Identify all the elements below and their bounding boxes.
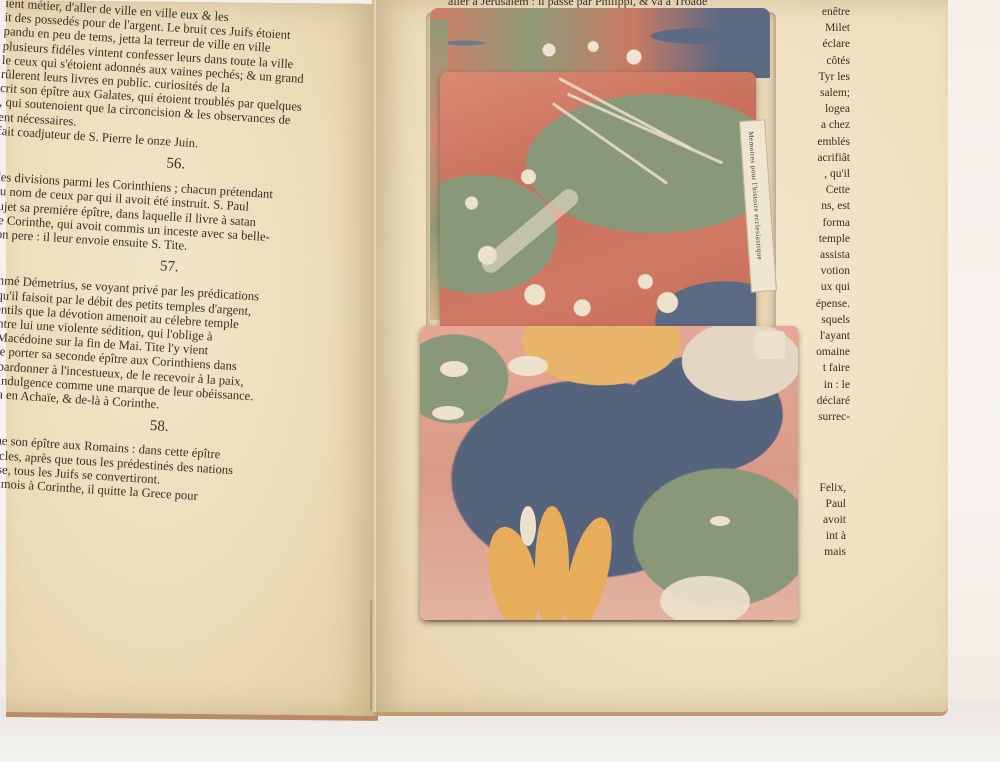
text-fragment: temple <box>790 231 850 247</box>
text-fragment: acrifiât <box>790 150 850 166</box>
text-fragment: l'ayant <box>790 328 850 344</box>
text-fragment: t faire <box>790 360 850 376</box>
marble-spot <box>432 406 464 420</box>
text-fragment: , qu'il <box>790 166 850 182</box>
text-fragment: enêtre <box>790 4 850 20</box>
text-fragment: emblés <box>790 134 850 150</box>
text-fragment: épense. <box>790 296 850 312</box>
text-fragment: côtés <box>790 53 850 69</box>
text-fragment: forma <box>790 215 850 231</box>
right-margin-text: enêtre Milet éclare côtés Tyr les salem;… <box>790 4 850 425</box>
text-fragment: Tyr les <box>790 69 850 85</box>
text-fragment: surrec- <box>790 409 850 425</box>
text-fragment: assista <box>790 247 850 263</box>
marbled-wall-top <box>430 8 770 78</box>
page-crease <box>370 600 372 710</box>
text-fragment: int à <box>790 528 846 544</box>
marble-spot <box>440 361 468 377</box>
marble-spot <box>520 506 536 546</box>
text-fragment: avoit <box>790 512 846 528</box>
text-fragment: ux qui <box>790 279 850 295</box>
text-fragment: salem; <box>790 85 850 101</box>
marbled-panel-lower[interactable] <box>420 326 798 620</box>
text-fragment: déclaré <box>790 393 850 409</box>
text-fragment: logea <box>790 101 850 117</box>
label-slip-text: Memoires pour l'histoire ecclesiastique <box>747 131 764 260</box>
book-gutter <box>372 0 376 712</box>
marble-spot <box>710 516 730 526</box>
marble-spot <box>755 331 785 359</box>
text-fragment: Paul <box>790 496 846 512</box>
text-fragment: mais <box>790 544 846 560</box>
marble-streak <box>478 186 581 277</box>
text-fragment: omaine <box>790 344 850 360</box>
marble-spot <box>508 356 548 376</box>
marble-spot <box>660 576 750 620</box>
text-fragment: votion <box>790 263 850 279</box>
open-book: ient métier, d'aller de ville en ville e… <box>0 0 1000 762</box>
text-fragment: éclare <box>790 36 850 52</box>
text-fragment: in : le <box>790 377 850 393</box>
marbled-panel-upper[interactable] <box>440 72 756 334</box>
left-page-text: ient métier, d'aller de ville en ville e… <box>0 0 365 512</box>
text-fragment: a chez <box>790 117 850 133</box>
text-fragment: ns, est <box>790 198 850 214</box>
text-fragment: Milet <box>790 20 850 36</box>
text-fragment: squels <box>790 312 850 328</box>
text-fragment: Cette <box>790 182 850 198</box>
text-fragment: Felix, <box>790 480 846 496</box>
right-margin-text-bottom: Felix, Paul avoit int à mais <box>790 480 846 560</box>
